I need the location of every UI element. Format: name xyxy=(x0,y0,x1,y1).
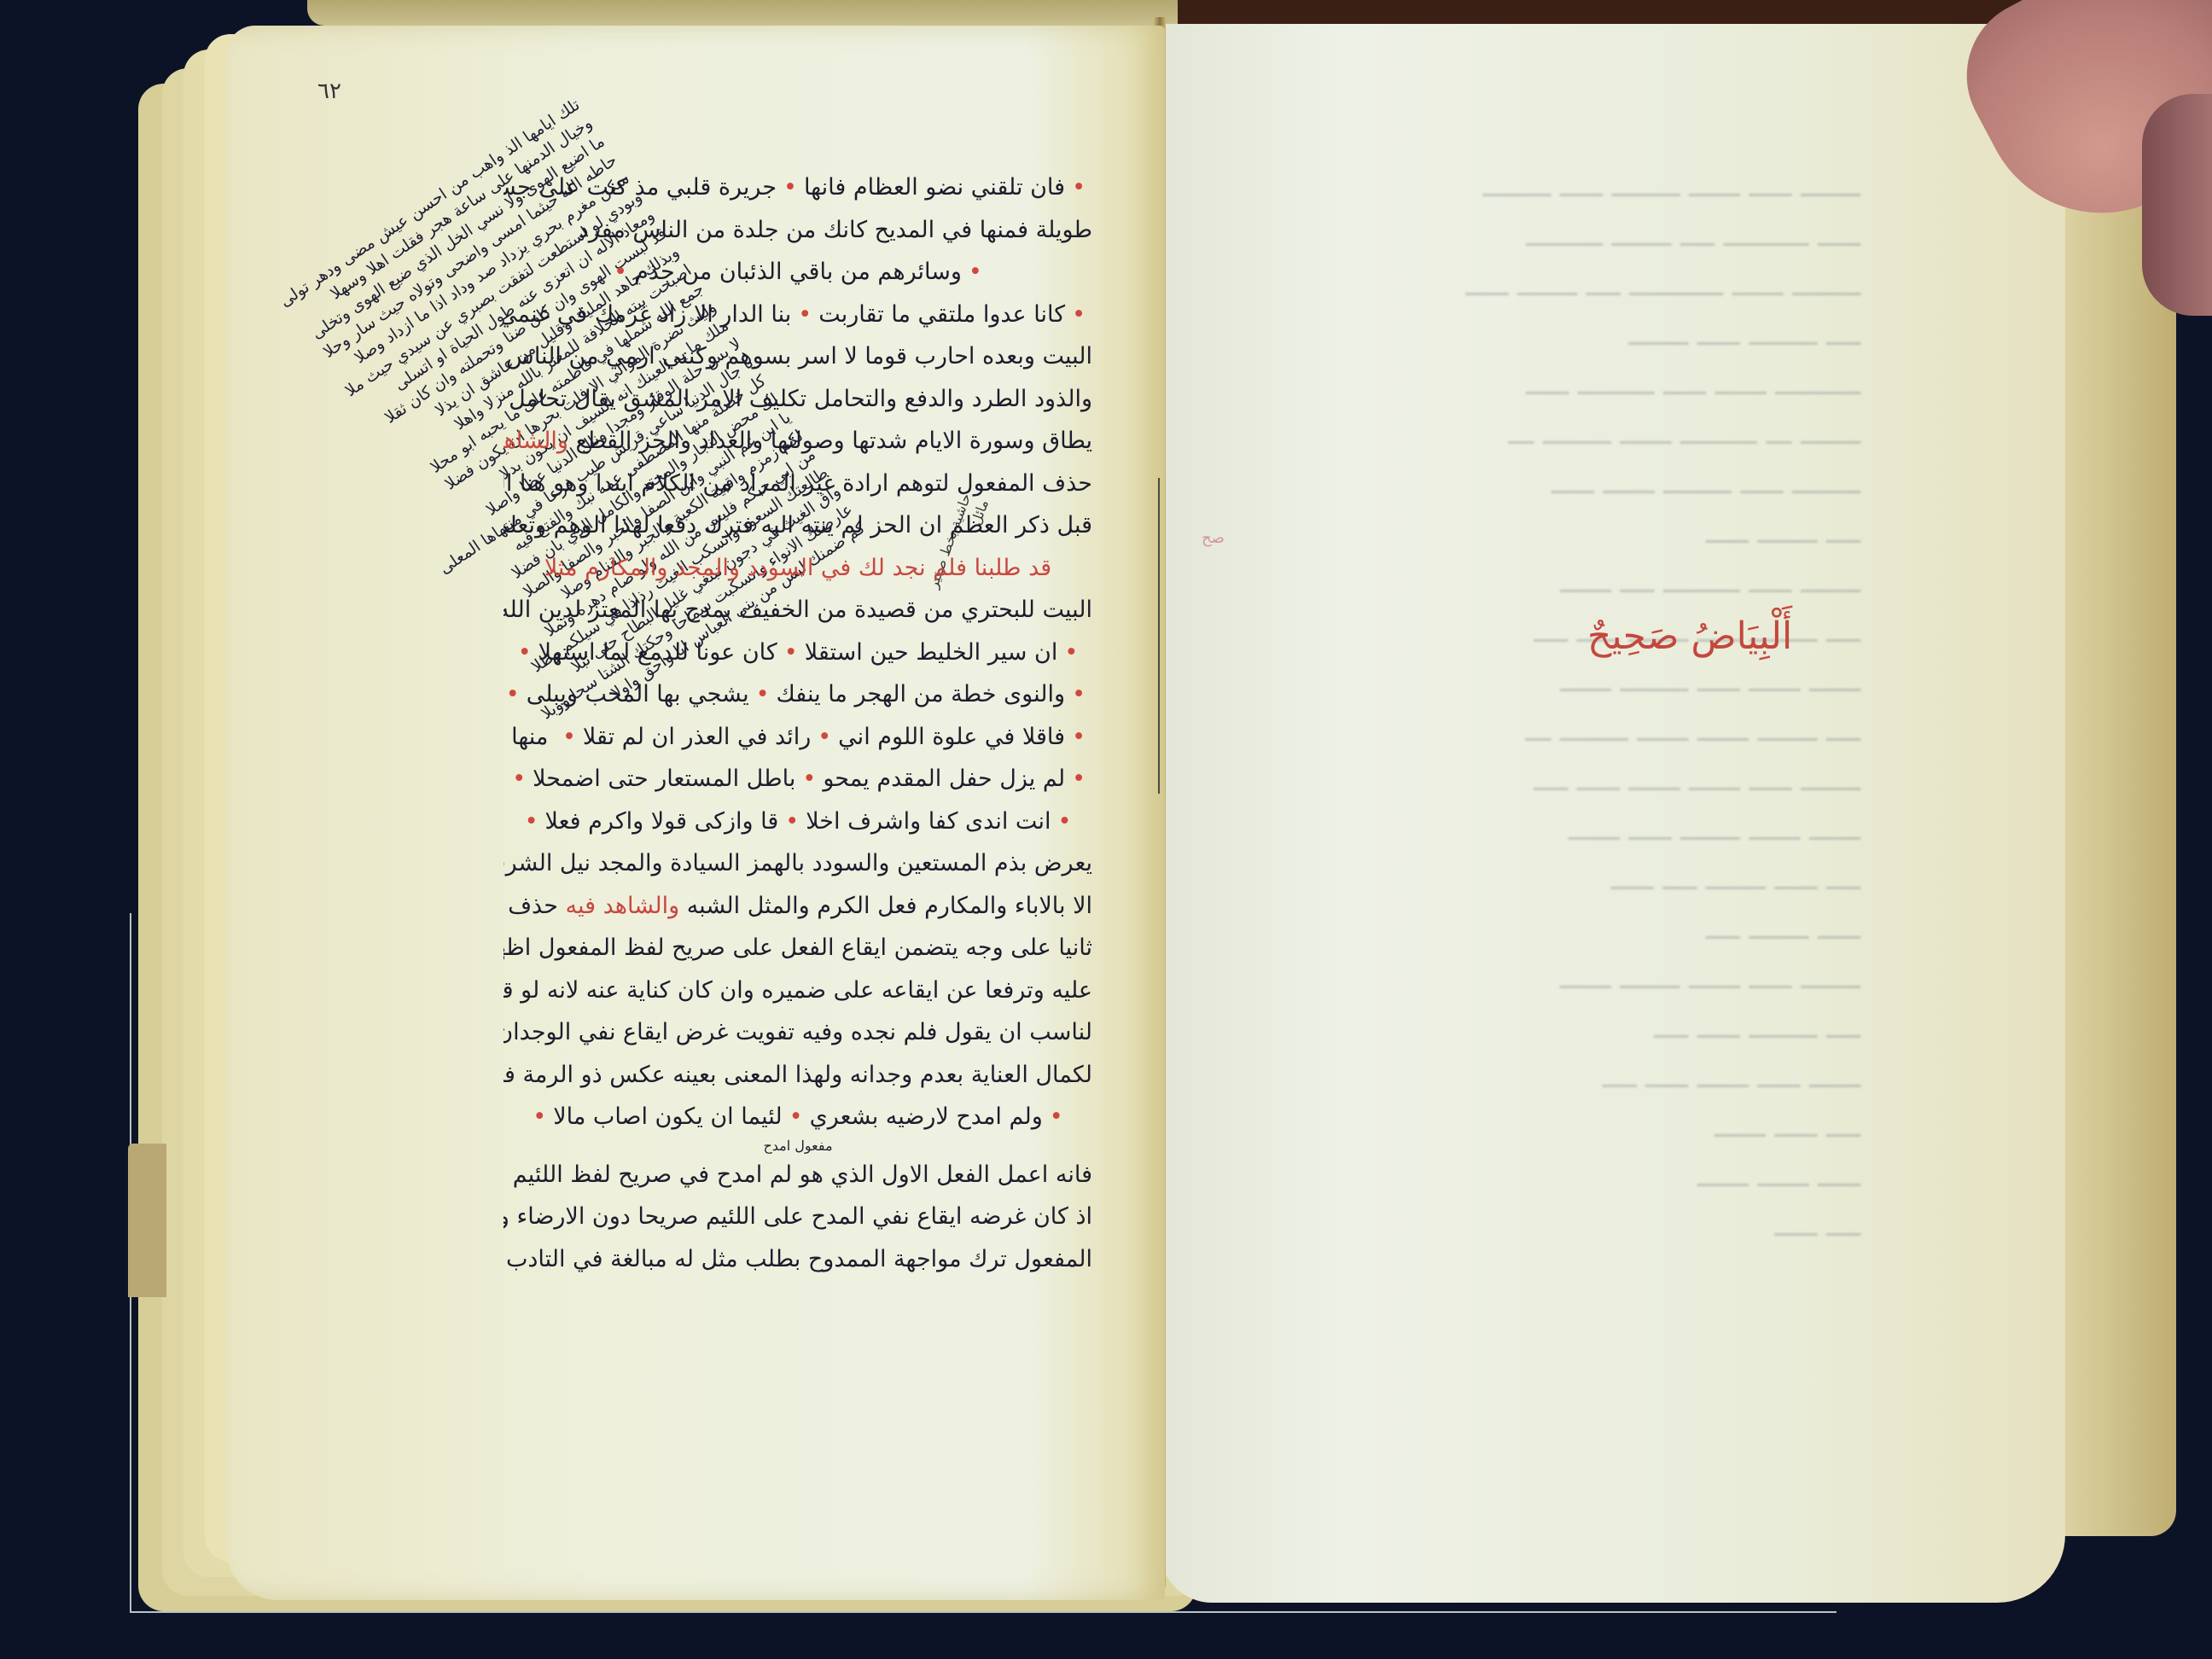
prose-text: اذ كان غرضه ايقاع نفي المدح على اللئيم ص… xyxy=(504,1203,1092,1230)
verse-dot-icon: • xyxy=(1064,639,1078,666)
text-line-prose: طويلة فمنها في المديح كانك من جلدة من ال… xyxy=(504,209,1092,252)
prose-text: حذف المفعول لارادة ذكره xyxy=(504,893,558,919)
verse-dot-icon: • xyxy=(614,259,627,285)
repair-tab xyxy=(128,1144,166,1297)
text-line-verse: •فان تلقني نضو العظام فانها•جريرة قلبي م… xyxy=(504,166,1092,209)
book-cover-edge xyxy=(1178,0,2074,24)
text-line-verse: •وسائرهم من باقي الذئبان من جذم• xyxy=(504,251,1092,294)
text-line-prose: فانه اعمل الفعل الاول الذي هو لم امدح في… xyxy=(504,1154,1092,1196)
folio-number: ٦٢ xyxy=(317,79,341,104)
text-line-verse: •والنوى خطة من الهجر ما ينفك•يشجي بها ال… xyxy=(504,673,1092,716)
verse-dot-icon: • xyxy=(756,681,770,707)
verse-hemistich: باطل المستعار حتى اضمحلا xyxy=(533,765,795,792)
verse-hemistich: رائد في العذر ان لم تقلا xyxy=(583,724,811,750)
verse-dot-icon: • xyxy=(1057,808,1071,835)
interlinear-note: مفعول امدح xyxy=(763,1138,832,1154)
text-line-prose: قبل ذكر العظم ان الحز لم ينته اليه فترك … xyxy=(504,504,1092,547)
verse-hemistich: فان تلقني نضو العظام فانها xyxy=(804,174,1065,201)
text-line-prose: ثانيا على وجه يتضمن ايقاع الفعل على صريح… xyxy=(504,927,1092,969)
verse-hemistich: انت اندى كفا واشرف اخلا xyxy=(806,808,1051,835)
verse-hemistich: وسائرهم من باقي الذئبان من جذم xyxy=(634,259,962,285)
text-line-verse: •كانا عدوا ملتقي ما تقاربت•بنا الدار الا… xyxy=(504,294,1092,336)
red-correction-note: أَلْبِيَاضُ صَحِيحٌ xyxy=(1587,614,1792,658)
verse-dot-icon: • xyxy=(562,724,576,750)
text-line-verse: •ولم امدح لارضيه بشعري•لئيما ان يكون اصا… xyxy=(504,1096,1092,1138)
prose-text: المفعول ترك مواجهة الممدوح بطلب مثل له م… xyxy=(504,1246,1092,1272)
text-line-verse: •فاقلا في علوة اللوم اني•رائد في العذر ا… xyxy=(504,716,1092,759)
text-line-verse: •لم يزل حفل المقدم يمحو•باطل المستعار حت… xyxy=(504,758,1092,800)
text-line-interlinear: مفعول امدح xyxy=(504,1138,1092,1154)
background-frame-line-horizontal xyxy=(130,1611,1837,1613)
verse-dot-icon: • xyxy=(1072,765,1086,792)
red-keyword: والشاهد فيه xyxy=(504,428,576,454)
prose-text: يعرض بذم المستعين والسودد بالهمز السيادة… xyxy=(504,850,1092,876)
prose-text: الا بالاباء والمكارم فعل الكرم والمثل ال… xyxy=(687,893,1092,919)
verse-dot-icon: • xyxy=(525,808,538,835)
prose-text: ثانيا على وجه يتضمن ايقاع الفعل على صريح… xyxy=(504,934,1092,961)
prose-text: طويلة فمنها في المديح كانك من جلدة من ال… xyxy=(579,217,1092,243)
prose-text: البيت للبحتري من قصيدة من الخفيف يمدح به… xyxy=(504,597,1092,623)
prose-text: عليه وترفعا عن ايقاعه على ضميره وان كان … xyxy=(504,977,1092,1004)
prose-text: قبل ذكر العظم ان الحز لم ينته اليه فترك … xyxy=(504,512,1092,538)
verse-hemistich: ولم امدح لارضيه بشعري xyxy=(810,1103,1043,1130)
verse-hemistich: والنوى خطة من الهجر ما ينفك xyxy=(777,681,1066,707)
verse-dot-icon: • xyxy=(1072,724,1086,750)
verse-dot-icon: • xyxy=(512,765,526,792)
prose-text: لناسب ان يقول فلم نجده وفيه تفويت غرض اي… xyxy=(504,1019,1092,1045)
verse-dot-icon: • xyxy=(783,174,797,201)
text-line-prose: البيت للبحتري من قصيدة من الخفيف يمدح به… xyxy=(504,589,1092,632)
text-line-prose: البيت وبعده احارب قوما لا اسر بسوهم وكنن… xyxy=(504,335,1092,378)
prose-text: لكمال العناية بعدم وجدانه ولهذا المعنى ب… xyxy=(504,1062,1092,1088)
verse-dot-icon: • xyxy=(1072,174,1086,201)
bleed-through-text: ـــــــ ـــــ ــــــ ــــــــ ـــــ ــــ… xyxy=(1263,162,1860,1400)
text-line-verse: •انت اندى كفا واشرف اخلا•قا وازكى قولا و… xyxy=(504,800,1092,843)
verse-hemistich: كانا عدوا ملتقي ما تقاربت xyxy=(818,301,1065,328)
text-line-prose: يطاق وسورة الايام شدتها وصولتها والعداد … xyxy=(504,420,1092,463)
red-keyword: والشاهد فيه xyxy=(558,893,687,919)
prose-text: فانه اعمل الفعل الاول الذي هو لم امدح في… xyxy=(504,1161,1092,1188)
text-line-prose: حذف المفعول لتوهم ارادة غير المراد من ال… xyxy=(504,463,1092,505)
verse-dot-icon: • xyxy=(518,639,532,666)
text-line-prose: لكمال العناية بعدم وجدانه ولهذا المعنى ب… xyxy=(504,1054,1092,1097)
verse-dot-icon: • xyxy=(506,681,520,707)
verse-dot-icon: • xyxy=(1050,1103,1063,1130)
main-text-block: •فان تلقني نضو العظام فانها•جريرة قلبي م… xyxy=(504,166,1092,1280)
gutter-red-mark: صح xyxy=(1202,529,1225,547)
hand-finger-lower xyxy=(2142,94,2212,316)
verse-hemistich: قا وازكى قولا واكرم فعلا xyxy=(545,808,779,835)
text-line-verse: •ان سير الخليط حين استقلا•كان عونا للدمع… xyxy=(504,632,1092,674)
verse-hemistich: لئيما ان يكون اصاب مالا xyxy=(553,1103,782,1130)
verse-dot-icon: • xyxy=(798,301,812,328)
text-line-prose: والذود الطرد والدفع والتحامل تكليف الامر… xyxy=(504,378,1092,421)
text-line-prose: يعرض بذم المستعين والسودد بالهمز السيادة… xyxy=(504,842,1092,885)
margin-rule-line xyxy=(1158,478,1160,794)
verse-hemistich: فاقلا في علوة اللوم اني xyxy=(838,724,1065,750)
prose-text: يطاق وسورة الايام شدتها وصولتها والعداد … xyxy=(576,428,1093,454)
verse-dot-icon: • xyxy=(1072,681,1086,707)
text-line-prose: عليه وترفعا عن ايقاعه على ضميره وان كان … xyxy=(504,969,1092,1012)
verse-hemistich: جريرة قلبي مذ كنت على جسمي xyxy=(504,174,777,201)
text-line-rubric: قد طلبنا فلم نجد لك في السودد والمجد وال… xyxy=(504,547,1092,590)
text-line-prose: لناسب ان يقول فلم نجده وفيه تفويت غرض اي… xyxy=(504,1011,1092,1054)
verse-hemistich: لم يزل حفل المقدم يمحو xyxy=(823,765,1065,792)
verse-hemistich: كان عونا للدمع لما استهلا xyxy=(538,639,777,666)
text-line-prose: الا بالاباء والمكارم فعل الكرم والمثل ال… xyxy=(504,885,1092,928)
text-line-prose: المفعول ترك مواجهة الممدوح بطلب مثل له م… xyxy=(504,1238,1092,1281)
verse-dot-icon: • xyxy=(1072,301,1086,328)
text-line-prose: اذ كان غرضه ايقاع نفي المدح على اللئيم ص… xyxy=(504,1196,1092,1238)
verse-dot-icon: • xyxy=(818,724,831,750)
prose-text: البيت وبعده احارب قوما لا اسر بسوهم وكنن… xyxy=(504,343,1092,370)
red-rubric: قد طلبنا فلم نجد لك في السودد والمجد وال… xyxy=(544,555,1051,581)
prose-text: حذف المفعول لتوهم ارادة غير المراد من ال… xyxy=(504,470,1092,497)
verse-hemistich: يشجي بها المحب ويبلى xyxy=(527,681,749,707)
verse-dot-icon: • xyxy=(784,639,798,666)
right-page-stack xyxy=(2048,128,2176,1536)
verse-dot-icon: • xyxy=(802,765,816,792)
verse-dot-icon: • xyxy=(533,1103,546,1130)
verse-margin-note: منها في المدح xyxy=(504,724,556,750)
verse-margin-note: وبعد البيت وبعده xyxy=(504,765,505,792)
verse-dot-icon: • xyxy=(969,259,982,285)
verse-dot-icon: • xyxy=(789,1103,803,1130)
prose-text: والذود الطرد والدفع والتحامل تكليف الامر… xyxy=(504,386,1092,412)
verse-hemistich: ان سير الخليط حين استقلا xyxy=(805,639,1058,666)
verse-dot-icon: • xyxy=(785,808,799,835)
verse-hemistich: بنا الدار الا زاد غرمك في غنمي xyxy=(504,301,791,328)
